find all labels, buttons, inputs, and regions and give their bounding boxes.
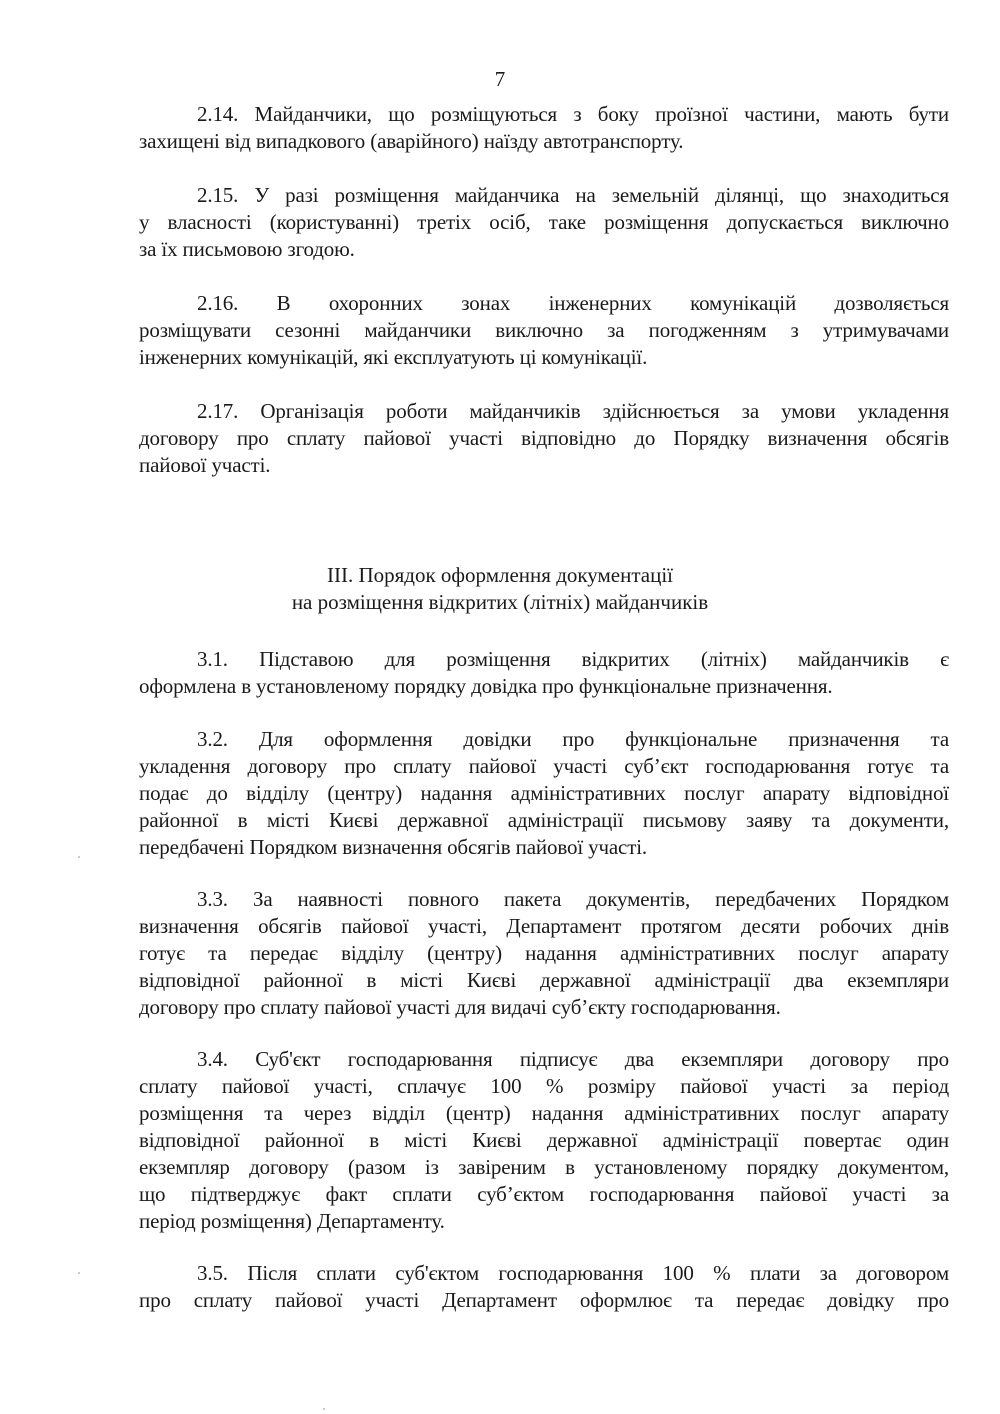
- paragraph-line: 3.5. Після сплати суб'єктом господарюван…: [139, 1260, 949, 1287]
- paragraph-line: що підтверджує факт сплати суб’єктом гос…: [139, 1181, 949, 1208]
- section-heading-line-1: ІІІ. Порядок оформлення документації: [0, 562, 1000, 589]
- paragraph-line: визначення обсягів пайової участі, Депар…: [139, 913, 949, 940]
- paragraph-line: готує та передає відділу (центру) наданн…: [139, 940, 949, 967]
- paragraph-line: 3.2. Для оформлення довідки про функціон…: [139, 726, 949, 753]
- paragraph-2-17: 2.17. Організація роботи майданчиків зді…: [139, 398, 949, 479]
- paragraph-line: відповідної районної в місті Києві держа…: [139, 967, 949, 994]
- paragraph-line: пайової участі.: [139, 452, 949, 479]
- section-heading-line-2: на розміщення відкритих (літніх) майданч…: [0, 589, 1000, 616]
- paragraph-line: 2.15. У разі розміщення майданчика на зе…: [139, 182, 949, 209]
- paragraph-3-4: 3.4. Суб'єкт господарювання підписує два…: [139, 1046, 949, 1235]
- section-heading: ІІІ. Порядок оформлення документації на …: [0, 562, 1000, 616]
- paragraph-line: 2.17. Організація роботи майданчиків зді…: [139, 398, 949, 425]
- paragraph-line: договору про сплату пайової участі відпо…: [139, 425, 949, 452]
- scan-speck: [323, 1408, 325, 1410]
- paragraph-line: подає до відділу (центру) надання адміні…: [139, 780, 949, 807]
- paragraph-line: 3.4. Суб'єкт господарювання підписує два…: [139, 1046, 949, 1073]
- paragraph-2-16: 2.16. В охоронних зонах інженерних комун…: [139, 290, 949, 371]
- paragraph-2-14: 2.14. Майданчики, що розміщуються з боку…: [139, 101, 949, 155]
- document-page: 7 2.14. Майданчики, що розміщуються з бо…: [0, 0, 1000, 1414]
- paragraph-line: інженерних комунікацій, які експлуатують…: [139, 344, 949, 371]
- paragraph-line: за їх письмовою згодою.: [139, 236, 949, 263]
- paragraph-line: оформлена в установленому порядку довідк…: [139, 673, 949, 700]
- paragraph-line: договору про сплату пайової участі для в…: [139, 994, 949, 1021]
- paragraph-line: укладення договору про сплату пайової уч…: [139, 753, 949, 780]
- paragraph-3-3: 3.3. За наявності повного пакета докумен…: [139, 886, 949, 1021]
- paragraph-line: 2.16. В охоронних зонах інженерних комун…: [139, 290, 949, 317]
- paragraph-line: сплату пайової участі, сплачує 100 % роз…: [139, 1073, 949, 1100]
- paragraph-line: у власності (користуванні) третіх осіб, …: [139, 209, 949, 236]
- paragraph-line: 3.3. За наявності повного пакета докумен…: [139, 886, 949, 913]
- paragraph-line: розміщення та через відділ (центр) надан…: [139, 1100, 949, 1127]
- paragraph-line: розміщувати сезонні майданчики виключно …: [139, 317, 949, 344]
- paragraph-3-5: 3.5. Після сплати суб'єктом господарюван…: [139, 1260, 949, 1314]
- scan-speck: [78, 856, 80, 858]
- paragraph-line: захищені від випадкового (аварійного) на…: [139, 128, 949, 155]
- page-number: 7: [0, 66, 1000, 92]
- paragraph-line: 2.14. Майданчики, що розміщуються з боку…: [139, 101, 949, 128]
- paragraph-line: районної в місті Києві державної адмініс…: [139, 807, 949, 834]
- paragraph-2-15: 2.15. У разі розміщення майданчика на зе…: [139, 182, 949, 263]
- paragraph-3-2: 3.2. Для оформлення довідки про функціон…: [139, 726, 949, 861]
- paragraph-line: про сплату пайової участі Департамент оф…: [139, 1287, 949, 1314]
- paragraph-line: відповідної районної в місті Києві держа…: [139, 1127, 949, 1154]
- paragraph-line: передбачені Порядком визначення обсягів …: [139, 834, 949, 861]
- paragraph-line: період розміщення) Департаменту.: [139, 1208, 949, 1235]
- scan-speck: [78, 1272, 80, 1274]
- paragraph-3-1: 3.1. Підставою для розміщення відкритих …: [139, 646, 949, 700]
- paragraph-line: екземпляр договору (разом із завіреним в…: [139, 1154, 949, 1181]
- paragraph-line: 3.1. Підставою для розміщення відкритих …: [139, 646, 949, 673]
